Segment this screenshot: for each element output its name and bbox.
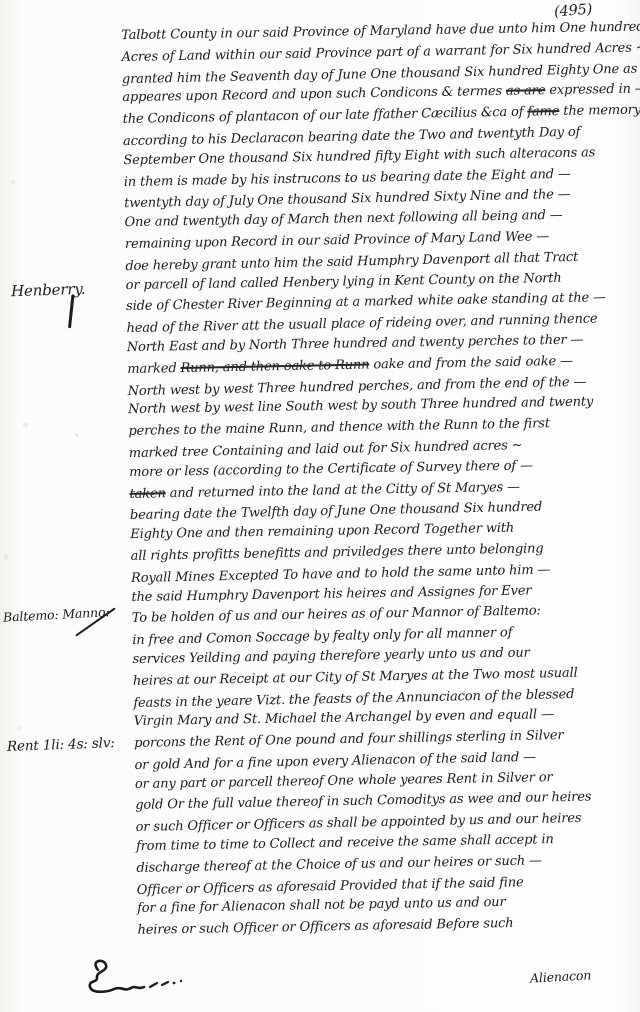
scribal-flourish-mark bbox=[84, 956, 188, 1004]
manuscript-page: (495) Henberry. Baltemo: Manno: Rent 1li… bbox=[0, 0, 640, 1012]
margin-note-manor: Baltemo: Manno: bbox=[3, 604, 110, 625]
catchword-alienacon: Alienacon bbox=[530, 967, 592, 985]
manuscript-text-block: Talbott County in our said Province of M… bbox=[121, 18, 640, 942]
margin-note-rent: Rent 1li: 4s: slv: bbox=[7, 735, 115, 755]
margin-note-tract-name: Henberry. bbox=[11, 280, 86, 301]
